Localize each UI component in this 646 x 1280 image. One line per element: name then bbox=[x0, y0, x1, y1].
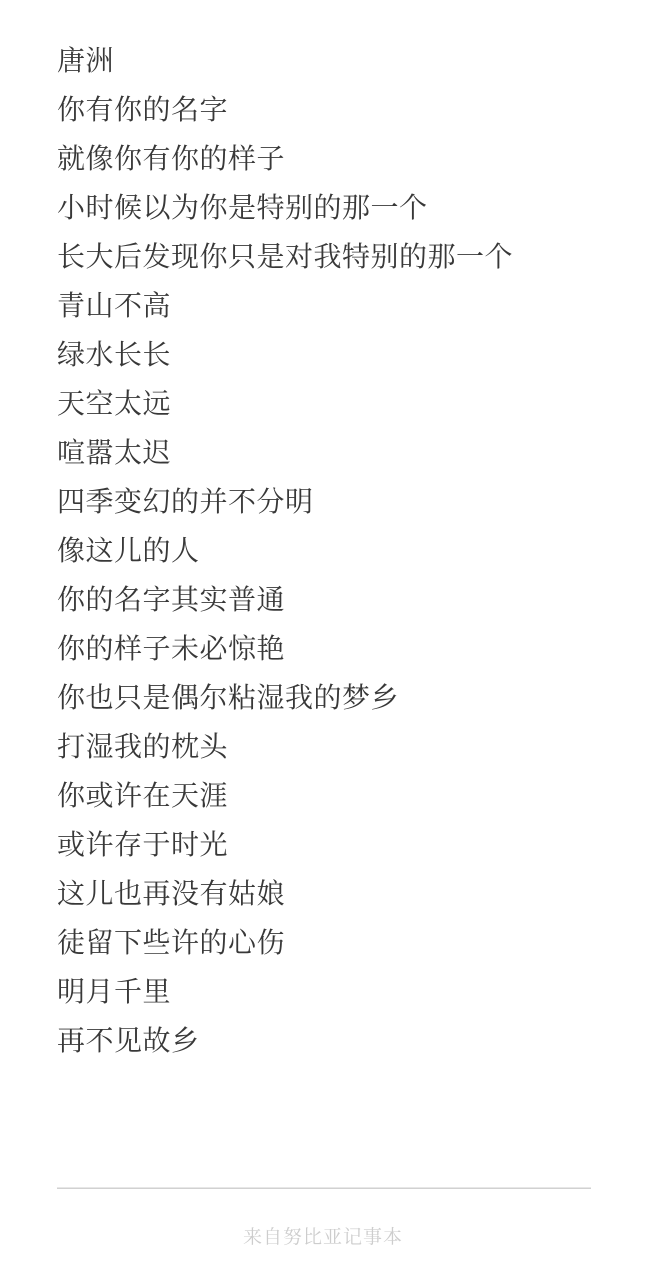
poem-line: 长大后发现你只是对我特别的那一个 bbox=[57, 232, 610, 281]
app-watermark: 来自努比亚记事本 bbox=[0, 1228, 646, 1247]
poem-line: 明月千里 bbox=[57, 967, 610, 1016]
poem-line: 绿水长长 bbox=[57, 330, 610, 379]
poem-line: 你的名字其实普通 bbox=[57, 575, 610, 624]
poem-line: 喧嚣太迟 bbox=[57, 428, 610, 477]
poem-line: 青山不高 bbox=[57, 281, 610, 330]
poem-line: 再不见故乡 bbox=[57, 1016, 610, 1065]
poem-line: 唐洲 bbox=[57, 36, 610, 85]
poem-line: 或许存于时光 bbox=[57, 820, 610, 869]
poem-line: 你也只是偶尔粘湿我的梦乡 bbox=[57, 673, 610, 722]
poem-line: 你或许在天涯 bbox=[57, 771, 610, 820]
poem-line: 四季变幻的并不分明 bbox=[57, 477, 610, 526]
poem-text: 唐洲你有你的名字就像你有你的样子小时候以为你是特别的那一个长大后发现你只是对我特… bbox=[57, 36, 610, 1065]
poem-line: 像这儿的人 bbox=[57, 526, 610, 575]
poem-line: 你的样子未必惊艳 bbox=[57, 624, 610, 673]
poem-line: 徒留下些许的心伤 bbox=[57, 918, 610, 967]
poem-line: 打湿我的枕头 bbox=[57, 722, 610, 771]
poem-line: 小时候以为你是特别的那一个 bbox=[57, 183, 610, 232]
note-share-page: 唐洲你有你的名字就像你有你的样子小时候以为你是特别的那一个长大后发现你只是对我特… bbox=[0, 0, 646, 1280]
poem-line: 天空太远 bbox=[57, 379, 610, 428]
poem-line: 就像你有你的样子 bbox=[57, 134, 610, 183]
footer-divider bbox=[57, 1187, 591, 1189]
poem-line: 你有你的名字 bbox=[57, 85, 610, 134]
poem-line: 这儿也再没有姑娘 bbox=[57, 869, 610, 918]
